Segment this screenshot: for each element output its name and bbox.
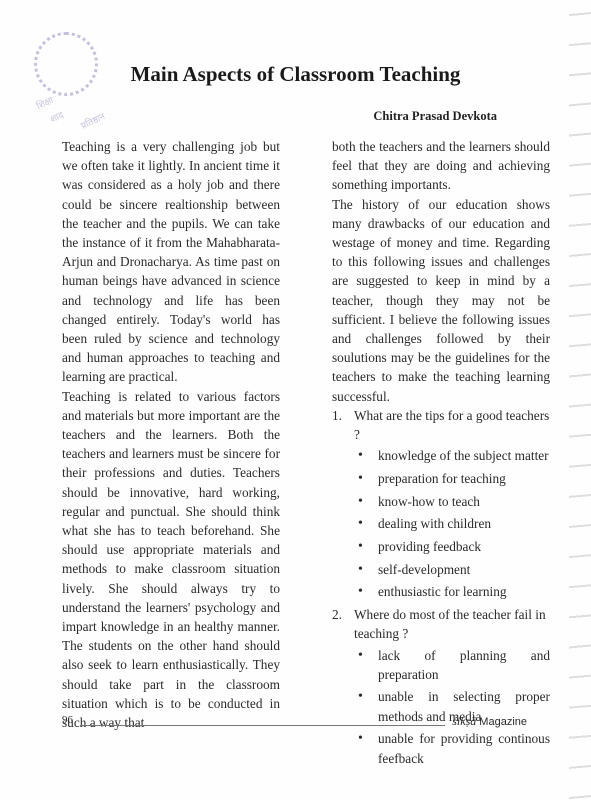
magazine-page: शिक्षा शाद प्रतिष्ठान Main Aspects of Cl… <box>0 0 591 800</box>
body-paragraph: The history of our education shows many … <box>332 195 550 406</box>
scanned-page-edge <box>569 0 591 800</box>
stamp-text: शाद <box>48 108 65 125</box>
bullet-list: lack of planning and preparation unable … <box>354 646 550 768</box>
bullet-list: knowledge of the subject matter preparat… <box>354 446 550 601</box>
magazine-name: śikṣā Magazine <box>452 714 527 729</box>
bullet-item: enthusiastic for learning <box>354 582 550 601</box>
stamp-text: शिक्षा <box>34 93 55 112</box>
article-title: Main Aspects of Classroom Teaching <box>0 62 591 87</box>
bullet-item: providing feedback <box>354 537 550 556</box>
article-author: Chitra Prasad Devkota <box>373 109 497 124</box>
question-text: What are the tips for a good teachers ? <box>354 408 549 442</box>
bullet-item: lack of planning and preparation <box>354 646 550 684</box>
right-column: both the teachers and the learners shoul… <box>332 137 550 771</box>
question-item: 2. Where do most of the teacher fail in … <box>332 605 550 768</box>
page-footer: 96 śikṣā Magazine <box>62 714 527 730</box>
question-number: 1. <box>332 406 342 425</box>
bullet-item: know-how to teach <box>354 492 550 511</box>
bullet-item: unable for providing continous feefback <box>354 729 550 767</box>
body-paragraph: Teaching is related to various factors a… <box>62 387 280 733</box>
body-paragraph: Teaching is a very challenging job but w… <box>62 137 280 387</box>
stamp-text: प्रतिष्ठान <box>78 109 106 131</box>
footer-rule <box>80 725 445 726</box>
question-item: 1. What are the tips for a good teachers… <box>332 406 550 602</box>
magazine-name-italic: śikṣā <box>452 714 476 728</box>
question-number: 2. <box>332 605 342 624</box>
magazine-label: Magazine <box>479 716 527 728</box>
bullet-item: knowledge of the subject matter <box>354 446 550 465</box>
left-column: Teaching is a very challenging job but w… <box>62 137 280 732</box>
bullet-item: preparation for teaching <box>354 469 550 488</box>
bullet-item: dealing with children <box>354 514 550 533</box>
question-text: Where do most of the teacher fail in tea… <box>354 607 546 641</box>
bullet-item: self-development <box>354 560 550 579</box>
body-paragraph: both the teachers and the learners shoul… <box>332 137 550 195</box>
page-number: 96 <box>62 714 73 726</box>
